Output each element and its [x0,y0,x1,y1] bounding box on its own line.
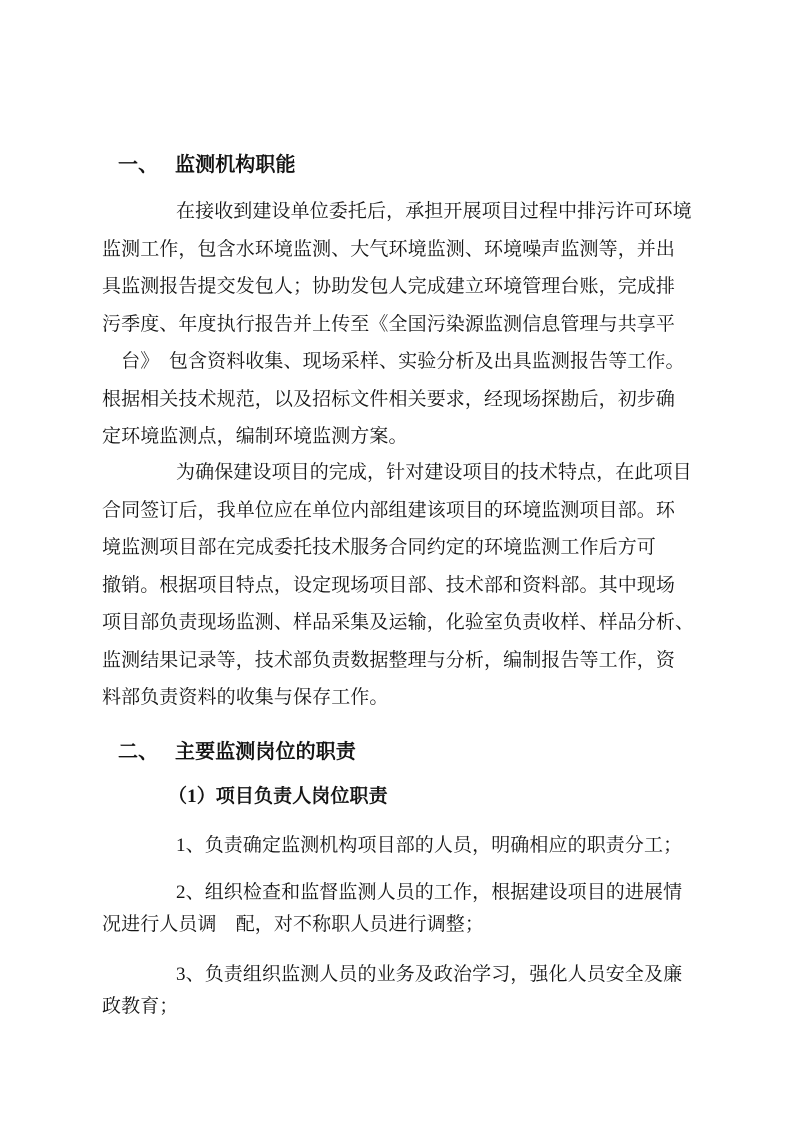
list-item-1: 1、负责确定监测机构项目部的人员，明确相应的职责分工； [102,830,702,862]
subsection-heading-1: （1）项目负责人岗位职责 [102,787,702,807]
document-page: 一、监测机构职能 在接收到建设单位委托后，承担开展项目过程中排污许可环境 监测工… [0,0,793,1122]
list-item-3: 3、负责组织监测人员的业务及政治学习，强化人员安全及廉 政教育； [102,959,702,1023]
section-1-number: 一、 [118,155,175,176]
section-1-title: 监测机构职能 [175,154,296,176]
section-heading-1: 一、监测机构职能 [118,155,296,176]
list-item-2: 2、组织检查和监督监测人员的工作，根据建设项目的进展情 况进行人员调 配，对不称… [102,877,702,941]
body-paragraph-1: 在接收到建设单位委托后，承担开展项目过程中排污许可环境 监测工作，包含水环境监测… [102,193,702,456]
section-heading-2: 二、主要监测岗位的职责 [118,742,356,763]
section-2-number: 二、 [118,742,175,763]
section-2-title: 主要监测岗位的职责 [175,741,356,763]
body-paragraph-2: 为确保建设项目的完成，针对建设项目的技术特点，在此项目 合同签订后，我单位应在单… [102,454,702,717]
